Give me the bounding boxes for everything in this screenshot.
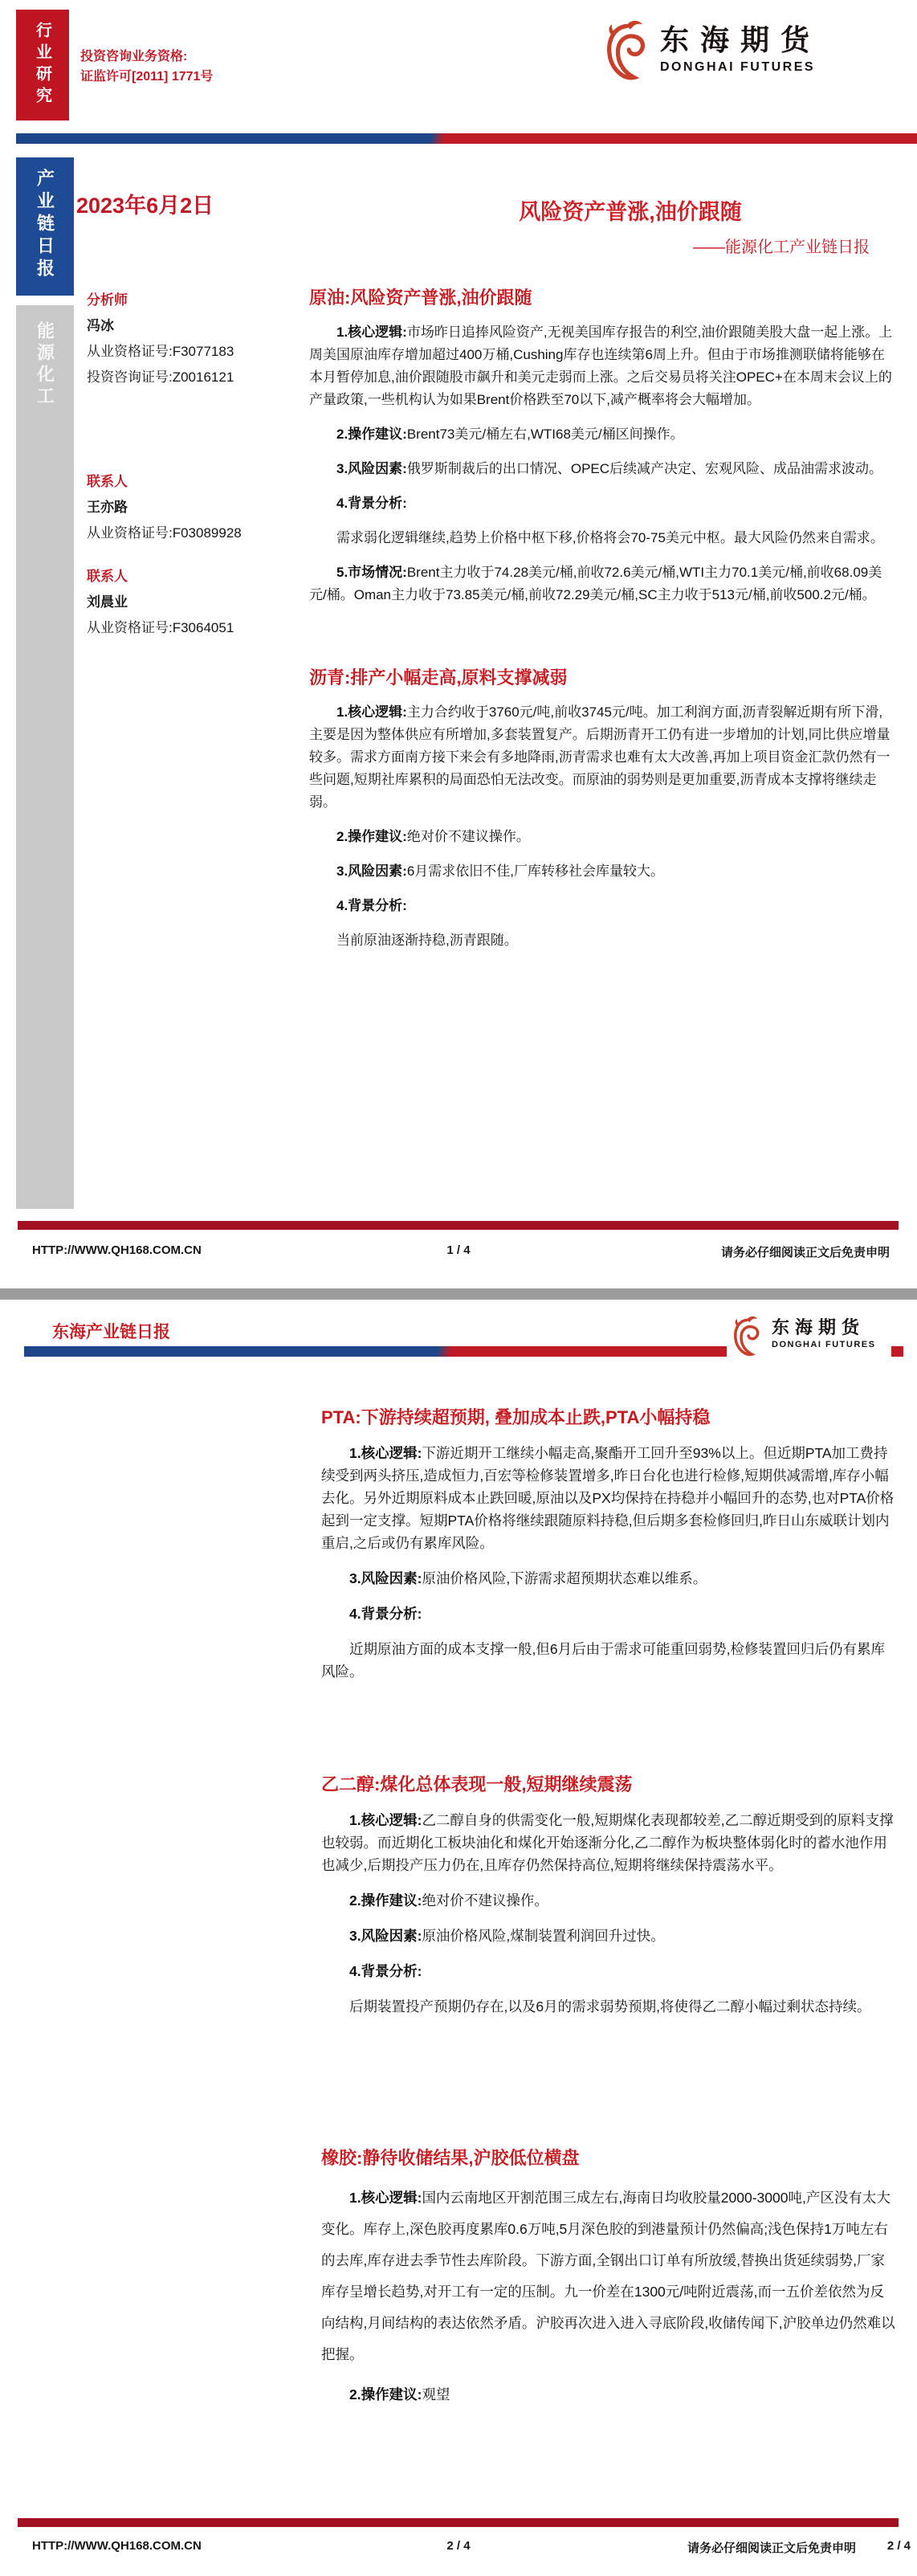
paragraph: 5.市场情况:Brent主力收于74.28美元/桶,前收72.6美元/桶,WTI… xyxy=(309,561,895,606)
footer-divider-bar xyxy=(18,1221,899,1230)
para-label: 2.操作建议: xyxy=(349,1892,422,1909)
paragraph: 3.风险因素:俄罗斯制裁后的出口情况、OPEC后续减产决定、宏观风险、成品油需求… xyxy=(309,458,895,480)
paragraph: 后期装置投产预期仍存在,以及6月的需求弱势预期,将使得乙二醇小幅过剩状态持续。 xyxy=(321,1995,898,2018)
para-label: 3.风险因素: xyxy=(336,863,407,879)
energy-chemical-tag: 能源化工 xyxy=(16,305,74,1209)
brand-name-cn: 东海期货 xyxy=(772,1314,875,1339)
para-label: 2.操作建议: xyxy=(336,427,407,442)
section-heading-ethylene-glycol: 乙二醇:煤化总体表现一般,短期继续震荡 xyxy=(321,1771,898,1796)
paragraph: 近期原油方面的成本支撑一般,但6月后由于需求可能重回弱势,检修装置回归后仍有累库… xyxy=(321,1638,898,1683)
footer-divider-bar xyxy=(18,2518,899,2527)
para-label: 1.核心逻辑: xyxy=(349,1445,422,1461)
paragraph: 2.操作建议:绝对价不建议操作。 xyxy=(309,826,895,848)
paragraph: 2.操作建议:Brent73美元/桶左右,WTI68美元/桶区间操作。 xyxy=(309,423,895,446)
page-separator xyxy=(0,1288,917,1300)
footer-corner-page-number: 2 / 4 xyxy=(887,2539,911,2553)
paragraph: 4.背景分析: xyxy=(321,1960,898,1982)
contact-cert: 从业资格证号:F3064051 xyxy=(87,615,316,641)
paragraph: 需求弱化逻辑继续,趋势上价格中枢下移,价格将会70-75美元中枢。最大风险仍然来… xyxy=(309,527,895,549)
paragraph: 2.操作建议:绝对价不建议操作。 xyxy=(321,1889,898,1912)
donghai-futures-logo: 东海期货 DONGHAI FUTURES xyxy=(727,1312,891,1366)
para-label: 1.核心逻辑: xyxy=(336,704,407,720)
analyst-name: 冯冰 xyxy=(87,313,316,339)
contact-name: 刘晨业 xyxy=(87,590,316,615)
report-page-2: 东海产业链日报 东海期货 DONGHAI FUTURES PTA:下游持续超预期… xyxy=(0,1300,917,2576)
footer-disclaimer: 请务必仔细阅读正文后免责申明 xyxy=(721,1243,890,1260)
para-label: 2.操作建议: xyxy=(349,2386,422,2402)
para-label: 3.风险因素: xyxy=(349,1928,422,1944)
paragraph: 3.风险因素:6月需求依旧不佳,厂库转移社会库量较大。 xyxy=(309,860,895,883)
para-label: 4.背景分析: xyxy=(336,898,407,913)
credential-line-1: 投资咨询业务资格: xyxy=(80,47,213,67)
credentials-block: 投资咨询业务资格: 证监许可[2011] 1771号 xyxy=(80,47,213,87)
contact-group-2: 联系人 刘晨业 从业资格证号:F3064051 xyxy=(87,564,316,641)
paragraph: 当前原油逐渐持稳,沥青跟随。 xyxy=(309,929,895,952)
main-content-column: PTA:下游持续超预期, 叠加成本止跌,PTA小幅持稳 1.核心逻辑:下游近期开… xyxy=(321,1404,898,2419)
daily-report-tag: 产业链日报 xyxy=(16,157,74,296)
footer-url: HTTP://WWW.QH168.COM.CN xyxy=(32,2539,202,2553)
analyst-cert-2: 投资咨询证号:Z0016121 xyxy=(87,365,316,390)
section-heading-pta: PTA:下游持续超预期, 叠加成本止跌,PTA小幅持稳 xyxy=(321,1404,898,1429)
brand-name-en: DONGHAI FUTURES xyxy=(660,60,821,75)
analyst-contact-block: 分析师 冯冰 从业资格证号:F3077183 投资咨询证号:Z0016121 联… xyxy=(87,288,316,641)
para-text: 观望 xyxy=(422,2386,450,2402)
paragraph: 1.核心逻辑:主力合约收于3760元/吨,前收3745元/吨。加工利润方面,沥青… xyxy=(309,701,895,814)
paragraph: 4.背景分析: xyxy=(321,1602,898,1625)
report-title: 风险资产普涨,油价跟随 xyxy=(365,194,895,226)
para-text: 6月需求依旧不佳,厂库转移社会库量较大。 xyxy=(407,863,664,879)
para-label: 3.风险因素: xyxy=(336,461,407,476)
section-heading-rubber: 橡胶:静待收储结果,沪胶低位横盘 xyxy=(321,2145,898,2170)
brand-name-cn: 东海期货 xyxy=(660,18,821,59)
report-date: 2023年6月2日 xyxy=(76,188,214,219)
para-label: 4.背景分析: xyxy=(336,496,407,511)
para-label: 1.核心逻辑: xyxy=(349,1812,422,1828)
contact-cert: 从业资格证号:F03089928 xyxy=(87,521,316,546)
contact-group-1: 联系人 王亦路 从业资格证号:F03089928 xyxy=(87,469,316,546)
para-text: 后期装置投产预期仍存在,以及6月的需求弱势预期,将使得乙二醇小幅过剩状态持续。 xyxy=(349,1998,870,2015)
para-text: 当前原油逐渐持稳,沥青跟随。 xyxy=(336,933,518,948)
para-text: 原油价格风险,下游需求超预期状态难以维系。 xyxy=(422,1570,707,1586)
contact-name: 王亦路 xyxy=(87,495,316,521)
logo-text: 东海期货 DONGHAI FUTURES xyxy=(772,1314,875,1349)
para-label: 1.核心逻辑: xyxy=(349,2190,422,2206)
footer-disclaimer: 请务必仔细阅读正文后免责申明 xyxy=(687,2539,856,2556)
analyst-group: 分析师 冯冰 从业资格证号:F3077183 投资咨询证号:Z0016121 xyxy=(87,288,316,390)
paragraph: 3.风险因素:原油价格风险,煤制装置利润回升过快。 xyxy=(321,1925,898,1947)
analyst-cert-1: 从业资格证号:F3077183 xyxy=(87,339,316,365)
para-label: 2.操作建议: xyxy=(336,829,407,844)
section-heading-asphalt: 沥青:排产小幅走高,原料支撑减弱 xyxy=(309,664,895,689)
logo-text: 东海期货 DONGHAI FUTURES xyxy=(660,18,821,75)
daily-report-label: 产业链日报 xyxy=(33,169,58,296)
section-heading-crude-oil: 原油:风险资产普涨,油价跟随 xyxy=(309,284,895,309)
contact-role-label: 联系人 xyxy=(87,564,316,590)
paragraph: 1.核心逻辑:下游近期开工继续小幅走高,聚酯开工回升至93%以上。但近期PTA加… xyxy=(321,1442,898,1554)
report-page-1: 行业研究 投资咨询业务资格: 证监许可[2011] 1771号 东海期货 DON… xyxy=(0,0,917,1288)
page2-header-title: 东海产业链日报 xyxy=(52,1319,170,1343)
analyst-role-label: 分析师 xyxy=(87,288,316,313)
para-label: 4.背景分析: xyxy=(349,1963,422,1979)
para-text: 俄罗斯制裁后的出口情况、OPEC后续减产决定、宏观风险、成品油需求波动。 xyxy=(407,461,882,476)
paragraph: 4.背景分析: xyxy=(309,895,895,917)
paragraph: 1.核心逻辑:市场昨日追捧风险资产,无视美国库存报告的利空,油价跟随美股大盘一起… xyxy=(309,321,895,411)
para-text: 原油价格风险,煤制装置利润回升过快。 xyxy=(422,1928,664,1944)
contact-role-label: 联系人 xyxy=(87,469,316,495)
industry-research-tag: 行业研究 xyxy=(16,10,69,120)
footer-page-number: 2 / 4 xyxy=(446,2539,470,2553)
paragraph: 1.核心逻辑:国内云南地区开割范围三成左右,海南日均收胶量2000-3000吨,… xyxy=(321,2182,898,2370)
para-label: 5.市场情况: xyxy=(336,565,407,580)
report-subtitle: ——能源化工产业链日报 xyxy=(309,234,895,257)
para-label: 4.背景分析: xyxy=(349,1606,422,1622)
brand-name-en: DONGHAI FUTURES xyxy=(772,1340,875,1349)
paragraph: 3.风险因素:原油价格风险,下游需求超预期状态难以维系。 xyxy=(321,1567,898,1590)
paragraph: 2.操作建议:观望 xyxy=(321,2383,898,2406)
main-content-column: 风险资产普涨,油价跟随 ——能源化工产业链日报 原油:风险资产普涨,油价跟随 1… xyxy=(309,177,895,964)
para-text: 主力合约收于3760元/吨,前收3745元/吨。加工利润方面,沥青裂解近期有所下… xyxy=(309,704,890,810)
donghai-futures-logo: 东海期货 DONGHAI FUTURES xyxy=(601,18,821,87)
para-text: 绝对价不建议操作。 xyxy=(407,829,530,844)
paragraph: 1.核心逻辑:乙二醇自身的供需变化一般,短期煤化表现都较差,乙二醇近期受到的原料… xyxy=(321,1809,898,1876)
para-text: 近期原油方面的成本支撑一般,但6月后由于需求可能重回弱势,检修装置回归后仍有累库… xyxy=(321,1641,885,1680)
para-label: 3.风险因素: xyxy=(349,1570,422,1586)
paragraph: 4.背景分析: xyxy=(309,492,895,515)
credential-line-2: 证监许可[2011] 1771号 xyxy=(80,67,213,87)
footer-page-number: 1 / 4 xyxy=(446,1243,470,1257)
footer-url: HTTP://WWW.QH168.COM.CN xyxy=(32,1243,202,1257)
para-text: Brent73美元/桶左右,WTI68美元/桶区间操作。 xyxy=(407,427,684,442)
dragon-icon xyxy=(601,18,652,87)
industry-research-label: 行业研究 xyxy=(31,22,55,108)
header-divider-bar xyxy=(16,133,917,144)
dragon-icon xyxy=(730,1314,764,1361)
para-text: 需求弱化逻辑继续,趋势上价格中枢下移,价格将会70-75美元中枢。最大风险仍然来… xyxy=(336,530,884,545)
para-label: 1.核心逻辑: xyxy=(336,325,407,340)
energy-chemical-label: 能源化工 xyxy=(33,321,58,1209)
para-text: 国内云南地区开割范围三成左右,海南日均收胶量2000-3000吨,产区没有太大变… xyxy=(321,2190,895,2362)
para-text: 绝对价不建议操作。 xyxy=(422,1892,548,1909)
